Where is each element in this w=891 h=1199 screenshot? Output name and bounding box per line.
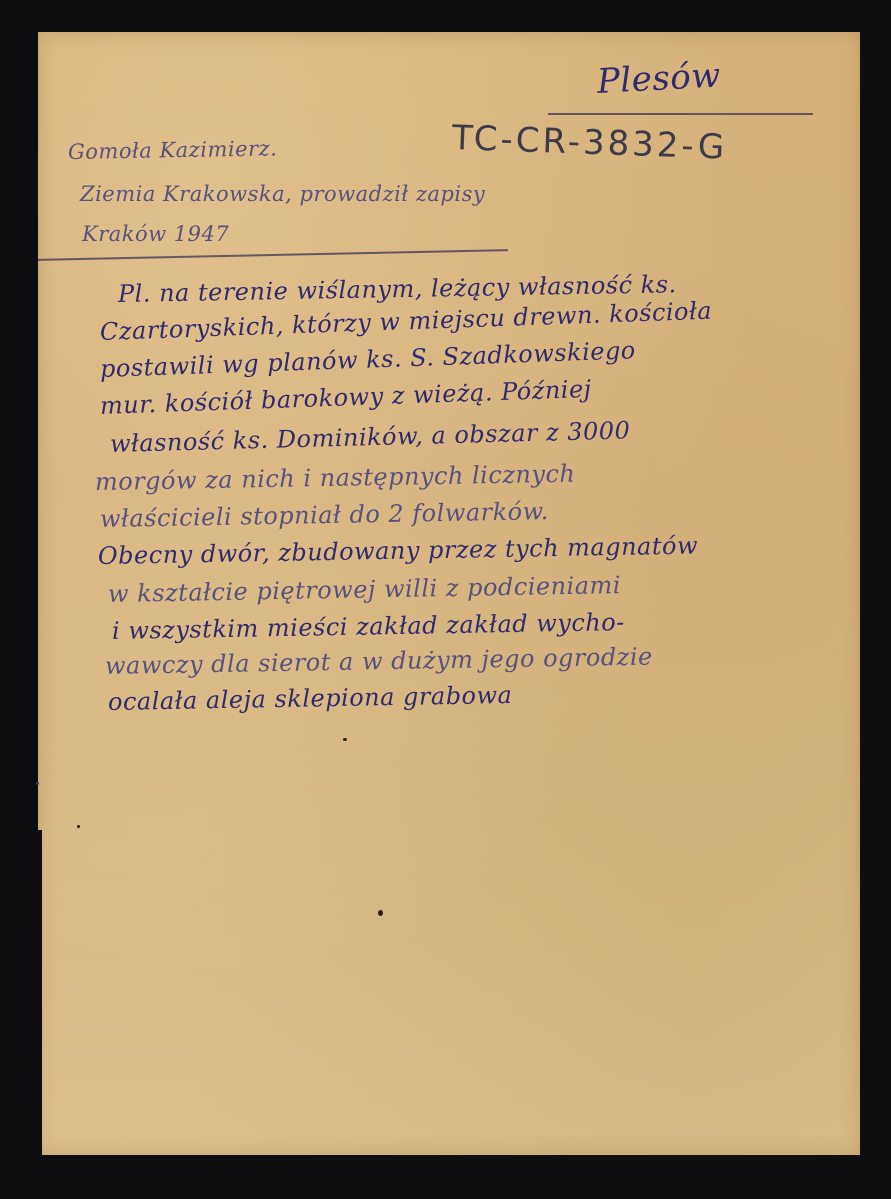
ink-speck: [343, 738, 347, 741]
author-line: Gomoła Kazimierz.: [68, 136, 278, 164]
ink-speck: [378, 910, 383, 916]
region-line: Ziemia Krakowska, prowadził zapisy: [80, 182, 485, 206]
ink-speck: [77, 825, 80, 828]
place-date-line: Kraków 1947: [82, 222, 229, 246]
title-underline: [548, 113, 813, 115]
place-title: Plesów: [596, 56, 722, 102]
ink-speck: [36, 782, 39, 785]
paper-edge-notch: [38, 830, 42, 1155]
